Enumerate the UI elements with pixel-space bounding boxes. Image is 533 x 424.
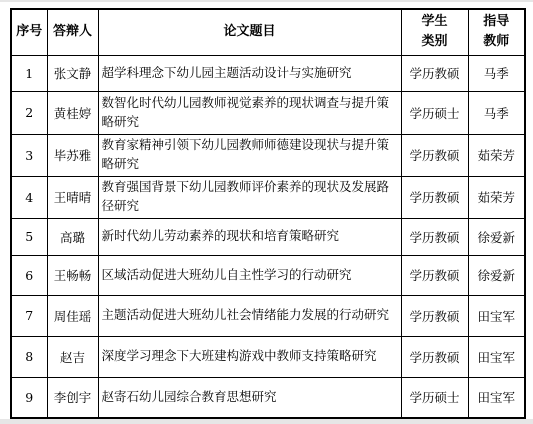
table-row: 1 张文静 超学科理念下幼儿园主题活动设计与实施研究 学历教硕 马季 — [11, 55, 525, 91]
table-header-row: 序号 答辩人 论文题目 学生类别 指导教师 — [11, 9, 525, 55]
page-edge-bottom — [0, 419, 533, 424]
table-row: 7 周佳瑶 主题活动促进大班幼儿社会情绪能力发展的行动研究 学历教硕 田宝军 — [11, 295, 525, 336]
cell-defender: 王畅畅 — [47, 255, 98, 295]
cell-advisor: 马季 — [468, 55, 525, 91]
header-student-category: 学生类别 — [401, 9, 468, 55]
cell-advisor: 田宝军 — [468, 377, 525, 418]
thesis-defense-table: 序号 答辩人 论文题目 学生类别 指导教师 1 张文静 超学科理念下幼儿园主题活… — [10, 8, 526, 419]
cell-thesis-title: 数智化时代幼儿园教师视觉素养的现状调查与提升策略研究 — [98, 91, 401, 134]
cell-seq: 8 — [11, 336, 47, 377]
header-defender: 答辩人 — [47, 9, 98, 55]
cell-defender: 王晴晴 — [47, 176, 98, 218]
table-row: 6 王畅畅 区域活动促进大班幼儿自主性学习的行动研究 学历教硕 徐爱新 — [11, 255, 525, 295]
cell-seq: 6 — [11, 255, 47, 295]
cell-advisor: 茹荣芳 — [468, 176, 525, 218]
cell-student-category: 学历教硕 — [401, 55, 468, 91]
header-student-category-line2: 类别 — [404, 32, 466, 52]
header-advisor-line1: 指导 — [471, 12, 523, 32]
cell-thesis-title: 区域活动促进大班幼儿自主性学习的行动研究 — [98, 255, 401, 295]
cell-thesis-title: 赵寄石幼儿园综合教育思想研究 — [98, 377, 401, 418]
cell-student-category: 学历教硕 — [401, 255, 468, 295]
table-row: 9 李创宇 赵寄石幼儿园综合教育思想研究 学历硕士 田宝军 — [11, 377, 525, 418]
cell-seq: 1 — [11, 55, 47, 91]
cell-advisor: 田宝军 — [468, 336, 525, 377]
header-seq: 序号 — [11, 9, 47, 55]
cell-defender: 黄桂婷 — [47, 91, 98, 134]
table-row: 8 赵吉 深度学习理念下大班建构游戏中教师支持策略研究 学历教硕 田宝军 — [11, 336, 525, 377]
cell-seq: 5 — [11, 218, 47, 255]
cell-defender: 张文静 — [47, 55, 98, 91]
cell-seq: 3 — [11, 134, 47, 176]
cell-defender: 高璐 — [47, 218, 98, 255]
cell-advisor: 马季 — [468, 91, 525, 134]
cell-student-category: 学历硕士 — [401, 377, 468, 418]
header-advisor: 指导教师 — [468, 9, 525, 55]
table-row: 4 王晴晴 教育强国背景下幼儿园教师评价素养的现状及发展路径研究 学历教硕 茹荣… — [11, 176, 525, 218]
cell-defender: 周佳瑶 — [47, 295, 98, 336]
table-row: 3 毕苏雅 教育家精神引领下幼儿园教师师德建设现状与提升策略研究 学历教硕 茹荣… — [11, 134, 525, 176]
page-edge-top — [0, 0, 533, 2]
cell-student-category: 学历硕士 — [401, 91, 468, 134]
cell-advisor: 徐爱新 — [468, 255, 525, 295]
cell-advisor: 徐爱新 — [468, 218, 525, 255]
header-student-category-line1: 学生 — [404, 12, 466, 32]
cell-student-category: 学历教硕 — [401, 218, 468, 255]
header-advisor-line2: 教师 — [471, 32, 523, 52]
cell-student-category: 学历教硕 — [401, 176, 468, 218]
header-thesis-title: 论文题目 — [98, 9, 401, 55]
cell-student-category: 学历教硕 — [401, 336, 468, 377]
cell-student-category: 学历教硕 — [401, 295, 468, 336]
cell-defender: 赵吉 — [47, 336, 98, 377]
cell-thesis-title: 深度学习理念下大班建构游戏中教师支持策略研究 — [98, 336, 401, 377]
cell-seq: 9 — [11, 377, 47, 418]
cell-seq: 7 — [11, 295, 47, 336]
cell-defender: 李创宇 — [47, 377, 98, 418]
cell-advisor: 田宝军 — [468, 295, 525, 336]
cell-thesis-title: 超学科理念下幼儿园主题活动设计与实施研究 — [98, 55, 401, 91]
cell-thesis-title: 主题活动促进大班幼儿社会情绪能力发展的行动研究 — [98, 295, 401, 336]
cell-student-category: 学历教硕 — [401, 134, 468, 176]
cell-thesis-title: 教育家精神引领下幼儿园教师师德建设现状与提升策略研究 — [98, 134, 401, 176]
table-row: 5 高璐 新时代幼儿劳动素养的现状和培育策略研究 学历教硕 徐爱新 — [11, 218, 525, 255]
cell-thesis-title: 教育强国背景下幼儿园教师评价素养的现状及发展路径研究 — [98, 176, 401, 218]
cell-defender: 毕苏雅 — [47, 134, 98, 176]
cell-seq: 4 — [11, 176, 47, 218]
table-row: 2 黄桂婷 数智化时代幼儿园教师视觉素养的现状调查与提升策略研究 学历硕士 马季 — [11, 91, 525, 134]
cell-thesis-title: 新时代幼儿劳动素养的现状和培育策略研究 — [98, 218, 401, 255]
cell-advisor: 茹荣芳 — [468, 134, 525, 176]
cell-seq: 2 — [11, 91, 47, 134]
